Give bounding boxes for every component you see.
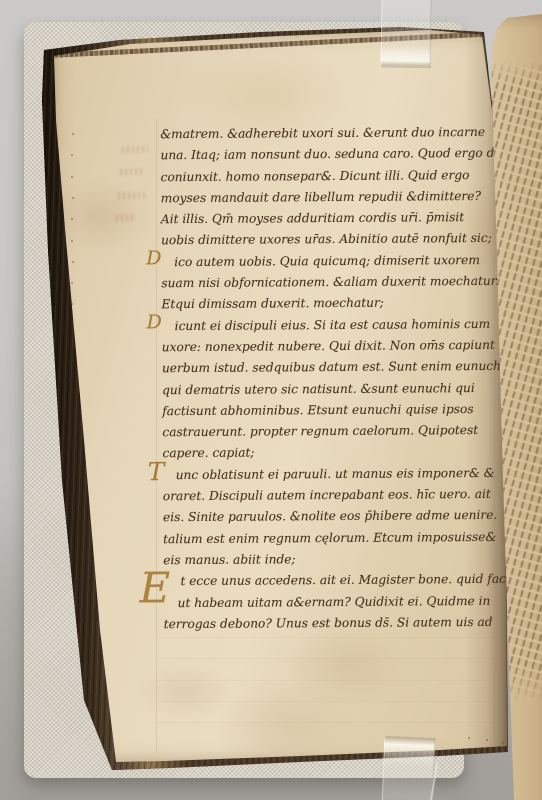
- show-through-mark: [120, 168, 142, 176]
- mylar-strap-top: [380, 0, 431, 68]
- pricking-hole: [71, 240, 73, 242]
- manuscript-page: &matrem. &adherebit uxori sui. &erunt du…: [46, 26, 510, 768]
- line-text: qui dematris utero sic natisunt. &sunt e…: [162, 381, 475, 397]
- text-line: terrogas debono? Unus est bonus ds̄. Si …: [164, 611, 510, 635]
- text-line: oraret. Discipuli autem increpabant eos.…: [163, 483, 509, 507]
- text-line: capere. capiat;: [162, 440, 508, 464]
- text-block: &matrem. &adherebit uxori sui. &erunt du…: [160, 121, 510, 635]
- text-line: Ait illis. Qm̄ moyses adduritiam cordis …: [161, 206, 507, 230]
- text-line: Dico autem uobis. Quia quicumq; dimiseri…: [161, 249, 507, 273]
- versal-initial: D: [147, 313, 162, 332]
- text-line: eis manus. abiit inde;: [163, 547, 509, 571]
- line-text: unc oblatisunt ei paruuli. ut manus eis …: [176, 466, 495, 482]
- text-line: &matrem. &adherebit uxori sui. &erunt du…: [160, 121, 506, 145]
- line-text: uerbum istud. sedquibus datum est. Sunt …: [162, 359, 505, 375]
- text-line: Et ecce unus accedens. ait ei. Magister …: [163, 568, 509, 592]
- versal-initial: T: [148, 459, 165, 484]
- ruling-line: [156, 658, 494, 659]
- line-text: eis manus. abiit inde;: [163, 552, 295, 567]
- pricking-hole: [71, 154, 73, 156]
- pricking-hole: [71, 218, 73, 220]
- text-line: suam nisi obfornicationem. &aliam duxeri…: [161, 270, 507, 294]
- line-text: ico autem uobis. Quia quicumq; dimiserit…: [174, 253, 480, 269]
- pricking-hole: [72, 133, 74, 135]
- line-text: capere. capiat;: [162, 446, 254, 461]
- line-text: eis. Sinite paruulos. &nolite eos p̄hibe…: [163, 508, 497, 524]
- photo-backdrop: &matrem. &adherebit uxori sui. &erunt du…: [0, 0, 542, 800]
- line-text: Etqui dimissam duxerit. moechatur;: [161, 296, 384, 312]
- ruling-line-vertical-left: [156, 118, 157, 752]
- ruling-line: [156, 722, 494, 723]
- text-line: ut habeam uitam a&ernam? Quidixit ei. Qu…: [163, 589, 509, 613]
- text-line: talium est enim regnum cęlorum. Etcum im…: [163, 525, 509, 549]
- line-text: coniunxit. homo nonsepar&. Dicunt illi. …: [161, 168, 470, 184]
- ruling-line: [156, 680, 494, 681]
- versal-initial: E: [139, 567, 170, 609]
- show-through-mark: [116, 214, 136, 222]
- text-line: coniunxit. homo nonsepar&. Dicunt illi. …: [161, 163, 507, 187]
- line-text: una. Itaq; iam nonsunt duo. seduna caro.…: [160, 146, 500, 162]
- line-text: talium est enim regnum cęlorum. Etcum im…: [163, 530, 496, 546]
- mylar-strap-bottom: [382, 736, 436, 800]
- line-text: &matrem. &adherebit uxori sui. &erunt du…: [160, 125, 485, 141]
- pricking-hole: [71, 176, 73, 178]
- line-text: terrogas debono? Unus est bonus ds̄. Si …: [164, 615, 493, 631]
- pricking-hole: [72, 261, 74, 263]
- text-line: uobis dimittere uxores ur̄as. Abinitio a…: [161, 227, 507, 251]
- line-text: uxore: nonexpedit nubere. Qui dixit. Non…: [162, 338, 495, 354]
- show-through-mark: [118, 192, 146, 200]
- line-text: ut habeam uitam a&ernam? Quidixit ei. Qu…: [178, 593, 491, 609]
- show-through-mark: [122, 146, 148, 154]
- ruling-line: [156, 637, 494, 638]
- line-text: factisunt abhominibus. Etsunt eunuchi qu…: [162, 402, 473, 418]
- line-text: suam nisi obfornicationem. &aliam duxeri…: [161, 274, 499, 290]
- text-line: qui dematris utero sic natisunt. &sunt e…: [162, 376, 508, 400]
- versal-initial: D: [146, 249, 161, 268]
- text-line: eis. Sinite paruulos. &nolite eos p̄hibe…: [163, 504, 509, 528]
- text-line: uerbum istud. sedquibus datum est. Sunt …: [162, 355, 508, 379]
- text-line: castrauerunt. propter regnum caelorum. Q…: [162, 419, 508, 443]
- line-text: castrauerunt. propter regnum caelorum. Q…: [162, 423, 478, 439]
- text-line: Tunc oblatisunt ei paruuli. ut manus eis…: [163, 462, 509, 486]
- pricking-hole: [72, 197, 74, 199]
- line-text: moyses mandauit dare libellum repudii &d…: [161, 189, 481, 205]
- line-text: uobis dimittere uxores ur̄as. Abinitio a…: [161, 231, 492, 247]
- text-line: uxore: nonexpedit nubere. Qui dixit. Non…: [162, 334, 508, 358]
- text-line: una. Itaq; iam nonsunt duo. seduna caro.…: [160, 142, 506, 166]
- pricking-hole: [71, 282, 73, 284]
- text-line: moyses mandauit dare libellum repudii &d…: [161, 185, 507, 209]
- line-text: Ait illis. Qm̄ moyses adduritiam cordis …: [161, 210, 464, 226]
- text-line: Etqui dimissam duxerit. moechatur;: [161, 291, 507, 315]
- text-line: factisunt abhominibus. Etsunt eunuchi qu…: [162, 398, 508, 422]
- line-text: icunt ei discipuli eius. Si ita est caus…: [175, 317, 491, 333]
- line-text: oraret. Discipuli autem increpabant eos.…: [163, 487, 491, 503]
- text-line: Dicunt ei discipuli eius. Si ita est cau…: [162, 312, 508, 336]
- ruling-line: [156, 701, 494, 702]
